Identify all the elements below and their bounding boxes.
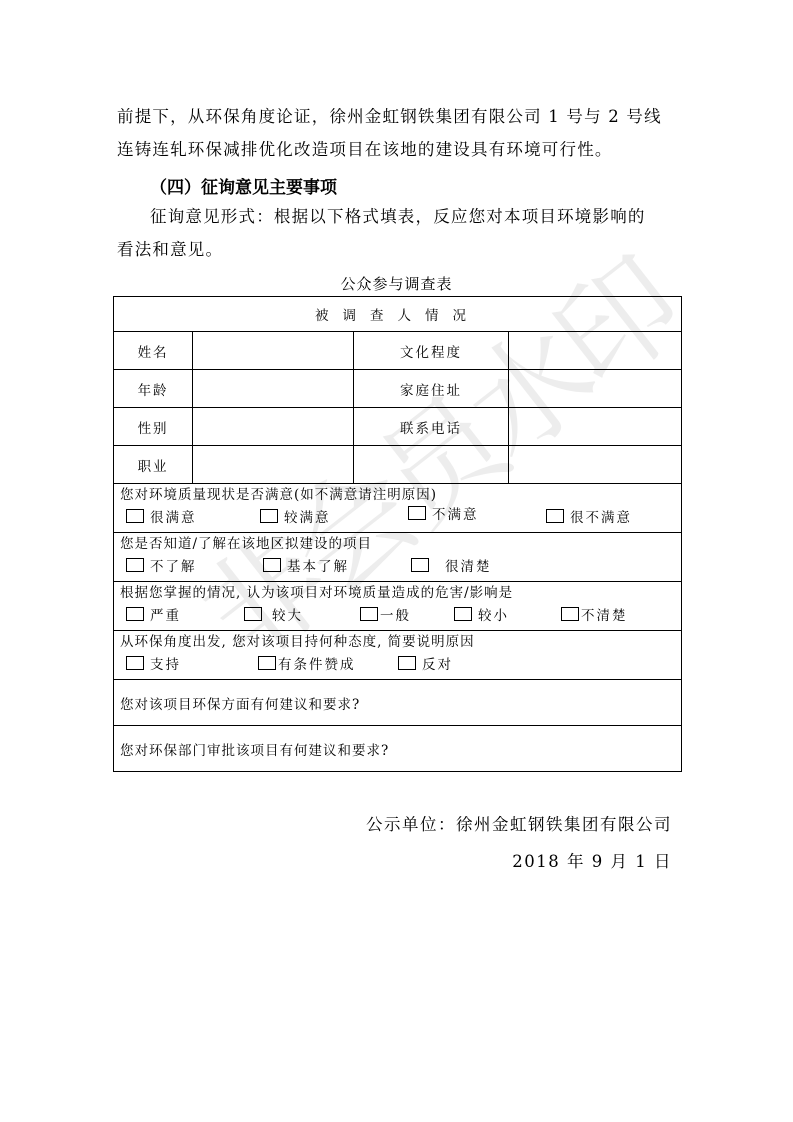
option-oppose[interactable]: 反对 <box>398 653 453 673</box>
option-moderate[interactable]: 一般 <box>360 604 411 624</box>
checkbox-icon[interactable] <box>244 607 262 621</box>
option-very-clear[interactable]: 很清楚 <box>411 555 492 575</box>
empty-label-cell <box>354 446 508 484</box>
option-very-satisfied[interactable]: 很满意 <box>126 506 197 526</box>
option-conditional[interactable]: 有条件赞成 <box>258 653 356 673</box>
field-label-address: 家庭住址 <box>354 370 508 408</box>
empty-value-cell[interactable] <box>508 446 681 484</box>
option-very-dissatisfied[interactable]: 很不满意 <box>546 506 632 526</box>
question-satisfaction: 您对环境质量现状是否满意(如不满意请注明原因) 很满意 较满意 不满意 很不满意 <box>114 484 682 533</box>
option-unclear[interactable]: 不清楚 <box>561 604 628 624</box>
body-text-line: 征询意见形式：根据以下格式填表，反应您对本项目环境影响的 <box>150 207 710 227</box>
question-text: 从环保角度出发, 您对该项目持何种态度, 简要说明原因 <box>120 633 675 651</box>
checkbox-icon[interactable] <box>360 607 378 621</box>
occupation-field[interactable] <box>193 446 354 484</box>
option-fairly-satisfied[interactable]: 较满意 <box>260 506 331 526</box>
checkbox-icon[interactable] <box>126 509 144 523</box>
checkbox-icon[interactable] <box>260 509 278 523</box>
table-row: 性别 联系电话 <box>114 408 682 446</box>
checkbox-icon[interactable] <box>546 509 564 523</box>
option-severe[interactable]: 严重 <box>126 604 181 624</box>
question-text: 您是否知道/了解在该地区拟建设的项目 <box>120 535 675 553</box>
gender-field[interactable] <box>193 408 354 446</box>
checkbox-icon[interactable] <box>126 558 144 572</box>
question-text: 您对环境质量现状是否满意(如不满意请注明原因) <box>120 486 675 504</box>
open-question-project-suggestions[interactable]: 您对该项目环保方面有何建议和要求? <box>114 680 682 726</box>
checkbox-icon[interactable] <box>263 558 281 572</box>
field-label-occupation: 职业 <box>114 446 193 484</box>
checkbox-icon[interactable] <box>126 656 144 670</box>
open-question-approval-suggestions[interactable]: 您对环保部门审批该项目有何建议和要求? <box>114 726 682 772</box>
field-label-gender: 性别 <box>114 408 193 446</box>
body-text-line: 看法和意见。 <box>117 240 677 260</box>
option-support[interactable]: 支持 <box>126 653 181 673</box>
education-field[interactable] <box>508 332 681 370</box>
option-not-aware[interactable]: 不了解 <box>126 555 197 575</box>
checkbox-icon[interactable] <box>398 656 416 670</box>
question-impact: 根据您掌握的情况, 认为该项目对环境质量造成的危害/影响是 严重 较大 一般 较… <box>114 582 682 631</box>
section-heading: （四）征询意见主要事项 <box>150 173 337 198</box>
name-field[interactable] <box>193 332 354 370</box>
field-label-name: 姓名 <box>114 332 193 370</box>
table-caption: 公众参与调查表 <box>0 273 793 294</box>
publish-date: 2018 年 9 月 1 日 <box>512 848 672 872</box>
body-text-line: 前提下，从环保角度论证，徐州金虹钢铁集团有限公司 1 号与 2 号线 <box>117 107 677 127</box>
question-text: 根据您掌握的情况, 认为该项目对环境质量造成的危害/影响是 <box>120 584 675 602</box>
field-label-phone: 联系电话 <box>354 408 508 446</box>
option-large[interactable]: 较大 <box>244 604 303 624</box>
publishing-unit: 公示单位：徐州金虹钢铁集团有限公司 <box>366 811 672 835</box>
table-row: 职业 <box>114 446 682 484</box>
phone-field[interactable] <box>508 408 681 446</box>
age-field[interactable] <box>193 370 354 408</box>
checkbox-icon[interactable] <box>126 607 144 621</box>
question-awareness: 您是否知道/了解在该地区拟建设的项目 不了解 基本了解 很清楚 <box>114 533 682 582</box>
survey-table: 被调查人情况 姓名 文化程度 年龄 家庭住址 性别 联系电话 职业 您对环境质量… <box>113 296 682 772</box>
body-text-line: 连铸连轧环保减排优化改造项目在该地的建设具有环境可行性。 <box>117 140 677 160</box>
table-row: 姓名 文化程度 <box>114 332 682 370</box>
table-header: 被调查人情况 <box>114 297 682 332</box>
table-row: 年龄 家庭住址 <box>114 370 682 408</box>
checkbox-icon[interactable] <box>561 607 579 621</box>
checkbox-icon[interactable] <box>411 558 429 572</box>
field-label-age: 年龄 <box>114 370 193 408</box>
question-attitude: 从环保角度出发, 您对该项目持何种态度, 简要说明原因 支持 有条件赞成 反对 <box>114 631 682 680</box>
checkbox-icon[interactable] <box>258 656 276 670</box>
checkbox-icon[interactable] <box>454 607 472 621</box>
option-small[interactable]: 较小 <box>454 604 509 624</box>
checkbox-icon[interactable] <box>408 506 426 520</box>
field-label-education: 文化程度 <box>354 332 508 370</box>
address-field[interactable] <box>508 370 681 408</box>
option-basically-aware[interactable]: 基本了解 <box>263 555 349 575</box>
option-dissatisfied[interactable]: 不满意 <box>408 503 479 523</box>
